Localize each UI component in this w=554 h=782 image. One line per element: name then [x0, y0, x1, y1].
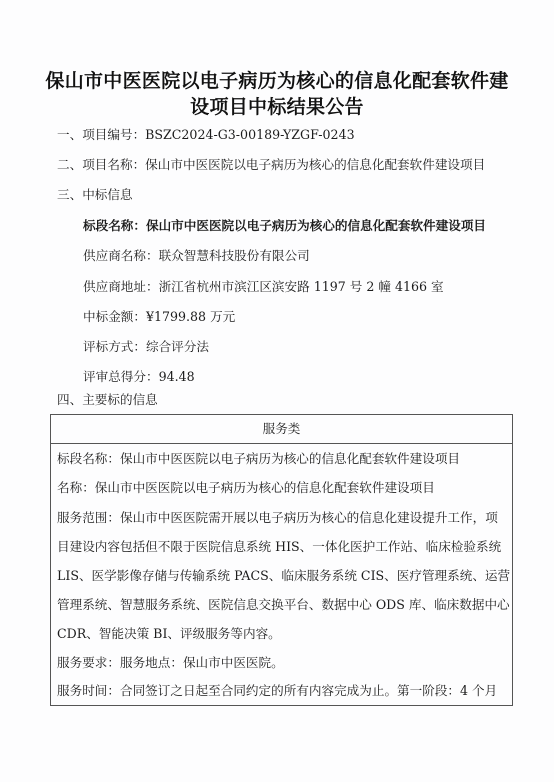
total-score: 评审总得分：94.48 — [83, 369, 195, 385]
supplier-name: 供应商名称：联众智慧科技股份有限公司 — [83, 248, 310, 264]
section-main-subject-heading: 四、主要标的信息 — [57, 392, 158, 408]
table-row: 标段名称：保山市中医医院以电子病历为核心的信息化配套软件建设项目 — [57, 451, 460, 467]
document-title-line-2: 设项目中标结果公告 — [0, 92, 554, 119]
table-row: 管理系统、智慧服务系统、医院信息交换平台、数据中心 ODS 库、临床数据中心 — [57, 597, 510, 613]
table-row: 目建设内容包括但不限于医院信息系统 HIS、一体化医护工作站、临床检验系统 — [57, 539, 501, 555]
table-row: 服务范围：保山市中医医院需开展以电子病历为核心的信息化建设提升工作，项 — [57, 510, 498, 526]
table-row: 服务时间：合同签订之日起至合同约定的所有内容完成为止。第一阶段：4 个月 — [57, 683, 497, 699]
table-row: 服务要求：服务地点：保山市中医医院。 — [57, 655, 284, 671]
table-row: 名称：保山市中医医院以电子病历为核心的信息化配套软件建设项目 — [57, 480, 435, 496]
section-award-info-heading: 三、中标信息 — [57, 187, 133, 203]
table-row: CDR、智能决策 BI、评级服务等内容。 — [57, 626, 281, 642]
award-amount: 中标金额：¥1799.88 万元 — [83, 309, 235, 325]
evaluation-method: 评标方式：综合评分法 — [83, 339, 209, 355]
project-name: 二、项目名称：保山市中医医院以电子病历为核心的信息化配套软件建设项目 — [57, 157, 485, 173]
supplier-address: 供应商地址：浙江省杭州市滨江区滨安路 1197 号 2 幢 4166 室 — [83, 279, 444, 295]
subject-info-table: 服务类 标段名称：保山市中医医院以电子病历为核心的信息化配套软件建设项目 名称：… — [50, 414, 513, 706]
table-row: LIS、医学影像存储与传输系统 PACS、临床服务系统 CIS、医疗管理系统、运… — [57, 568, 510, 584]
lot-name: 标段名称：保山市中医医院以电子病历为核心的信息化配套软件建设项目 — [83, 218, 486, 234]
project-number: 一、项目编号：BSZC2024-G3-00189-YZGF-0243 — [57, 127, 355, 143]
table-header: 服务类 — [51, 415, 512, 444]
document-title-line-1: 保山市中医医院以电子病历为核心的信息化配套软件建 — [0, 66, 554, 93]
